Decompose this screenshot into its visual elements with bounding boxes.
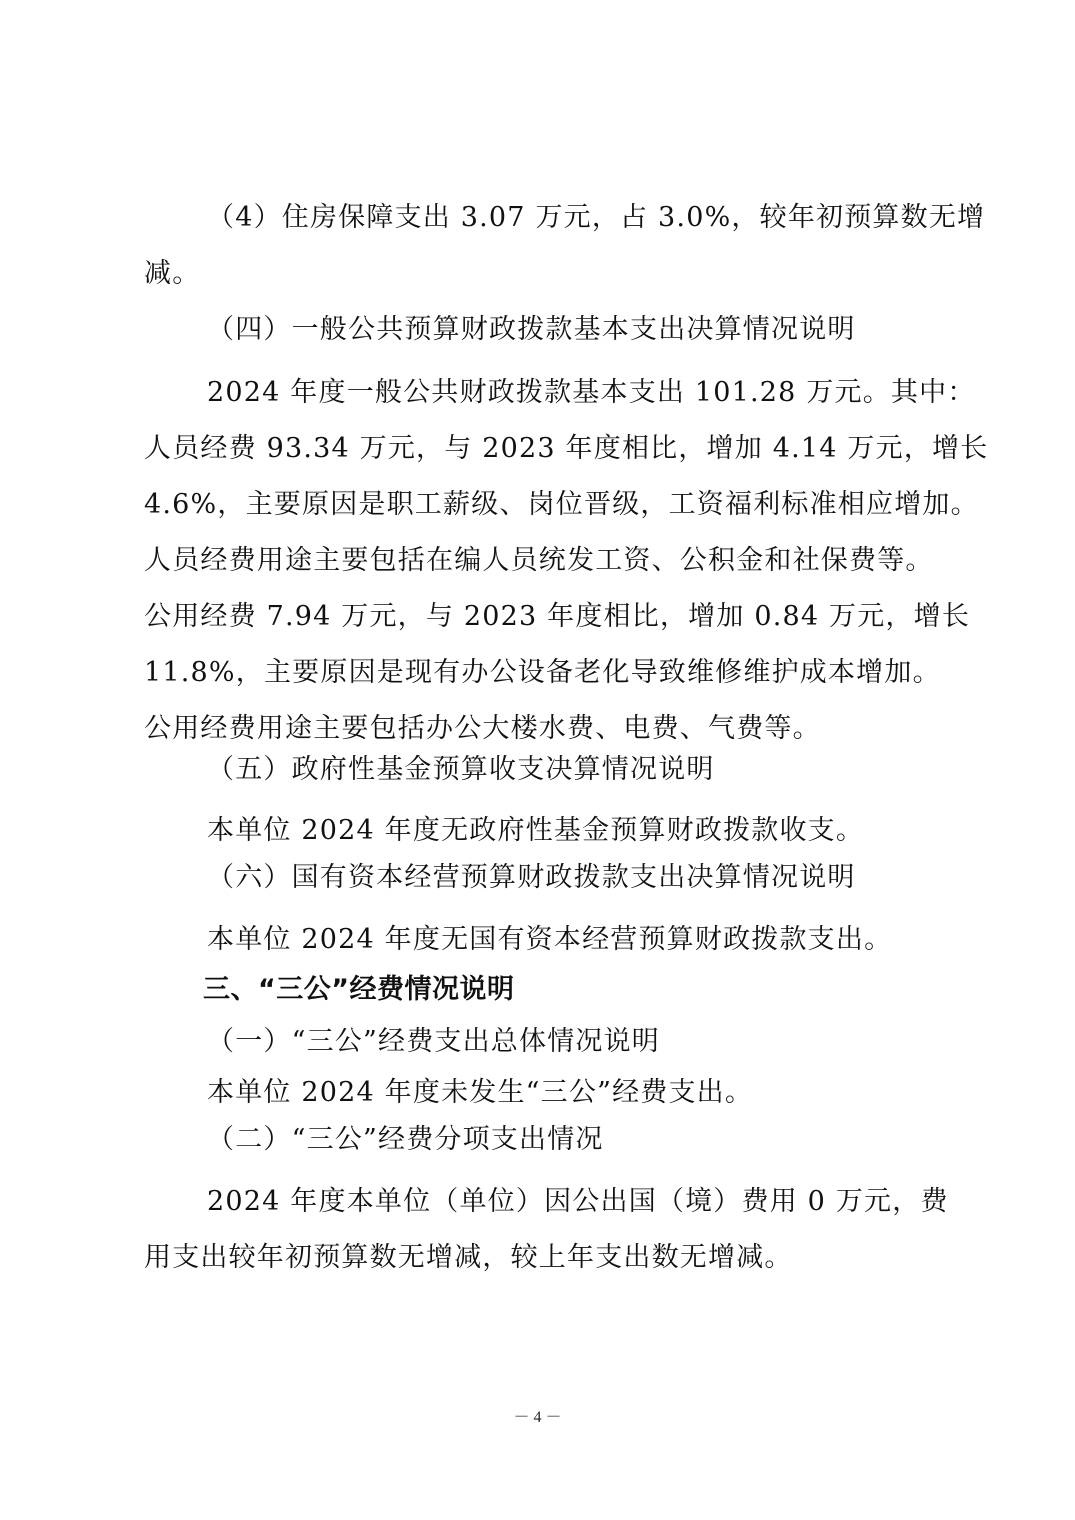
paragraph-housing-expense-cont: 减。 [144,256,200,292]
paragraph-government-fund: 本单位 2024 年度无政府性基金预算财政拨款收支。 [207,813,864,849]
subheading-state-capital: （六）国有资本经营预算财政拨款支出决算情况说明 [207,860,856,896]
paragraph-public-expense: 11.8%，主要原因是现有办公设备老化导致维修维护成本增加。 [144,655,941,691]
paragraph-three-public-items: 2024 年度本单位（单位）因公出国（境）费用 0 万元，费 [207,1184,949,1220]
paragraph-basic-expenditure: 人员经费用途主要包括在编人员统发工资、公积金和社保费等。 [144,543,934,579]
paragraph-housing-expense: （4）住房保障支出 3.07 万元，占 3.0%，较年初预算数无增 [207,200,985,236]
paragraph-public-expense: 公用经费 7.94 万元，与 2023 年度相比，增加 0.84 万元，增长 [144,599,970,635]
paragraph-basic-expenditure: 人员经费 93.34 万元，与 2023 年度相比，增加 4.14 万元，增长 [144,431,988,467]
subheading-government-fund: （五）政府性基金预算收支决算情况说明 [207,752,715,788]
paragraph-three-public-overall: 本单位 2024 年度未发生“三公”经费支出。 [207,1075,753,1111]
paragraph-basic-expenditure: 4.6%，主要原因是职工薪级、岗位晋级，工资福利标准相应增加。 [144,487,979,523]
subheading-three-public-items: （二）“三公”经费分项支出情况 [207,1122,604,1158]
section-heading-three-public: 三、“三公”经费情况说明 [203,972,515,1008]
paragraph-state-capital: 本单位 2024 年度无国有资本经营预算财政拨款支出。 [207,922,892,958]
subheading-basic-expenditure: （四）一般公共预算财政拨款基本支出决算情况说明 [207,312,856,348]
paragraph-public-expense: 公用经费用途主要包括办公大楼水费、电费、气费等。 [144,711,821,747]
page-number: － 4 － [0,1408,1075,1428]
subheading-three-public-overall: （一）“三公”经费支出总体情况说明 [207,1024,660,1060]
paragraph-three-public-items: 用支出较年初预算数无增减，较上年支出数无增减。 [144,1240,793,1276]
paragraph-basic-expenditure: 2024 年度一般公共财政拨款基本支出 101.28 万元。其中： [207,375,976,411]
